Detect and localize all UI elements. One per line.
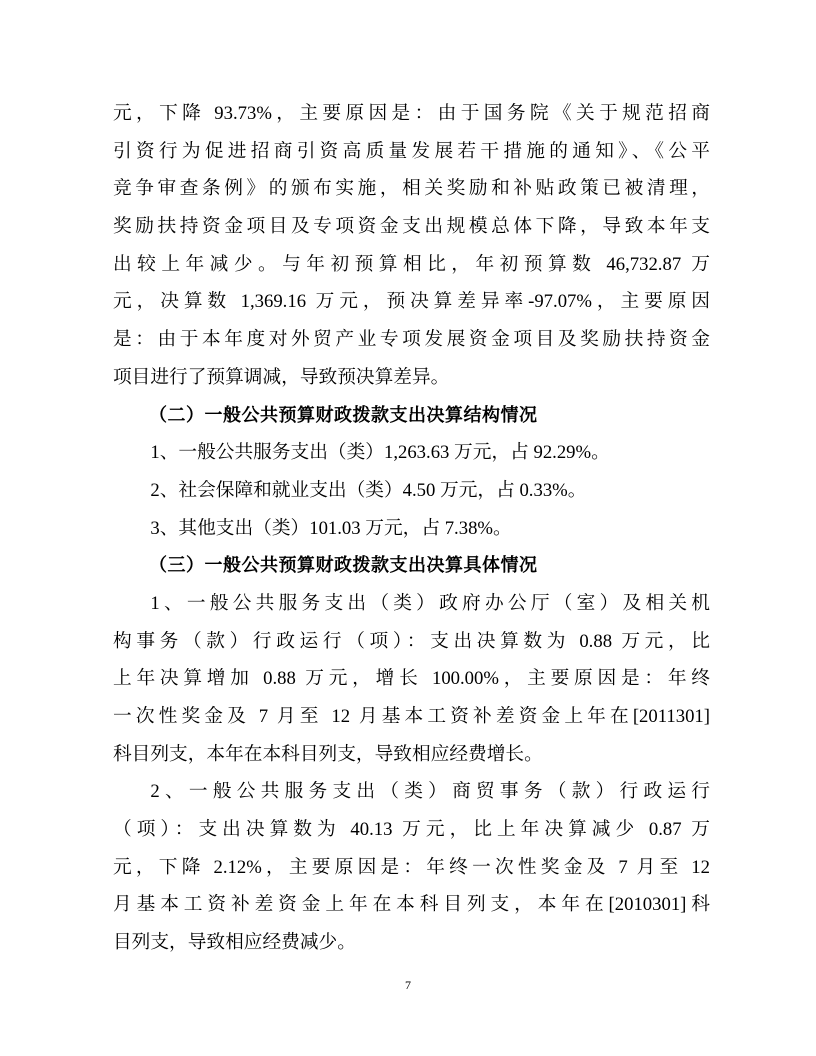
document-page: 元，下降 93.73%，主要原因是：由于国务院《关于规范招商引资行为促进招商引资…	[0, 0, 816, 1056]
text-line: 元，下降 2.12%，主要原因是：年终一次性奖金及 7 月至 12	[113, 849, 710, 887]
paragraph: 1、一般公共服务支出（类）1,263.63 万元，占 92.29%。	[113, 434, 710, 472]
paragraph: 2、一般公共服务支出（类）商贸事务（款）行政运行（项）：支出决算数为 40.13…	[113, 773, 710, 961]
text-line: 项目进行了预算调减，导致预决算差异。	[113, 359, 710, 397]
text-line: 构事务（款）行政运行（项）：支出决算数为 0.88 万元，比	[113, 623, 710, 661]
text-line: （二）一般公共预算财政拨款支出决算结构情况	[113, 397, 710, 435]
text-line: 2、社会保障和就业支出（类）4.50 万元，占 0.33%。	[113, 472, 710, 510]
text-line: 是：由于本年度对外贸产业专项发展资金项目及奖励扶持资金	[113, 321, 710, 359]
text-line: 出较上年减少。与年初预算相比，年初预算数 46,732.87 万	[113, 246, 710, 284]
paragraph: 1、一般公共服务支出（类）政府办公厅（室）及相关机构事务（款）行政运行（项）：支…	[113, 585, 710, 773]
paragraph: 2、社会保障和就业支出（类）4.50 万元，占 0.33%。	[113, 472, 710, 510]
page-footer: 7	[0, 978, 816, 993]
text-line: 引资行为促进招商引资高质量发展若干措施的通知》、《公平	[113, 133, 710, 171]
text-line: 一次性奖金及 7 月至 12 月基本工资补差资金上年在[2011301]	[113, 698, 710, 736]
page-number: 7	[405, 978, 411, 992]
text-line: 竞争审查条例》的颁布实施，相关奖励和补贴政策已被清理，	[113, 170, 710, 208]
section-heading: （二）一般公共预算财政拨款支出决算结构情况	[113, 397, 710, 435]
text-line: 1、一般公共服务支出（类）政府办公厅（室）及相关机	[113, 585, 710, 623]
section-heading: （三）一般公共预算财政拨款支出决算具体情况	[113, 547, 710, 585]
text-line: 元，下降 93.73%，主要原因是：由于国务院《关于规范招商	[113, 95, 710, 133]
paragraph: 元，下降 93.73%，主要原因是：由于国务院《关于规范招商引资行为促进招商引资…	[113, 95, 710, 397]
text-line: 2、一般公共服务支出（类）商贸事务（款）行政运行	[113, 773, 710, 811]
document-body: 元，下降 93.73%，主要原因是：由于国务院《关于规范招商引资行为促进招商引资…	[113, 95, 710, 962]
text-line: 月基本工资补差资金上年在本科目列支，本年在[2010301]科	[113, 886, 710, 924]
text-line: 3、其他支出（类）101.03 万元，占 7.38%。	[113, 510, 710, 548]
text-line: （三）一般公共预算财政拨款支出决算具体情况	[113, 547, 710, 585]
text-line: 元，决算数 1,369.16 万元，预决算差异率-97.07%，主要原因	[113, 283, 710, 321]
text-line: （项）：支出决算数为 40.13 万元，比上年决算减少 0.87 万	[113, 811, 710, 849]
text-line: 1、一般公共服务支出（类）1,263.63 万元，占 92.29%。	[113, 434, 710, 472]
text-line: 目列支，导致相应经费减少。	[113, 924, 710, 962]
text-line: 科目列支，本年在本科目列支，导致相应经费增长。	[113, 736, 710, 774]
text-line: 上年决算增加 0.88 万元，增长 100.00%，主要原因是：年终	[113, 660, 710, 698]
paragraph: 3、其他支出（类）101.03 万元，占 7.38%。	[113, 510, 710, 548]
text-line: 奖励扶持资金项目及专项资金支出规模总体下降，导致本年支	[113, 208, 710, 246]
